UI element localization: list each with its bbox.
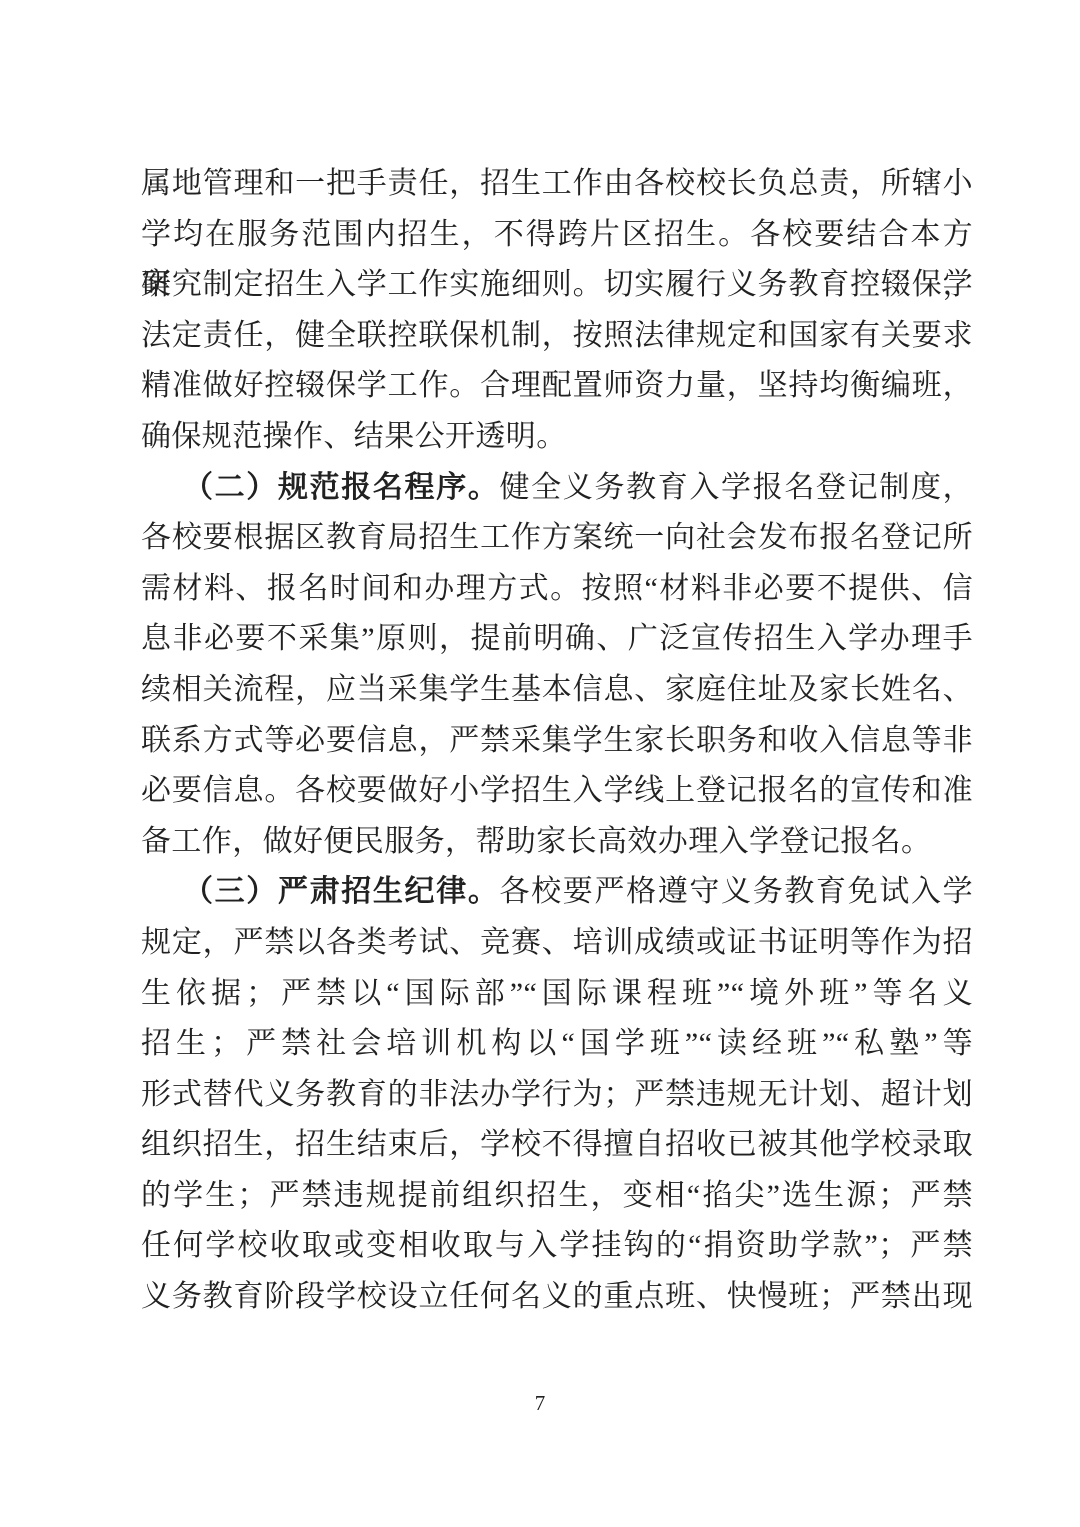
text-line: （三）严肃招生纪律。各校要严格遵守义务教育免试入学: [141, 867, 973, 918]
text-line: 招生；严禁社会培训机构以“国学班”“读经班”“私塾”等: [141, 1019, 973, 1070]
text-line: 精准做好控辍保学工作。合理配置师资力量，坚持均衡编班，: [141, 361, 973, 412]
text-line: 形式替代义务教育的非法办学行为；严禁违规无计划、超计划: [141, 1070, 973, 1121]
text-line: 的学生；严禁违规提前组织招生，变相“掐尖”选生源；严禁: [141, 1171, 973, 1222]
text-line: 息非必要不采集”原则，提前明确、广泛宣传招生入学办理手: [141, 614, 973, 665]
text-line: 联系方式等必要信息，严禁采集学生家长职务和收入信息等非: [141, 716, 973, 767]
text-line: 属地管理和一把手责任，招生工作由各校校长负总责，所辖小: [141, 159, 973, 210]
text-line: （二）规范报名程序。健全义务教育入学报名登记制度，: [141, 463, 973, 514]
text-line: 任何学校收取或变相收取与入学挂钩的“捐资助学款”；严禁: [141, 1221, 973, 1272]
text-line: 学均在服务范围内招生，不得跨片区招生。各校要结合本方案，: [141, 210, 973, 261]
text-line: 必要信息。各校要做好小学招生入学线上登记报名的宣传和准: [141, 766, 973, 817]
text-line: 义务教育阶段学校设立任何名义的重点班、快慢班；严禁出现: [141, 1272, 973, 1323]
paragraph: 属地管理和一把手责任，招生工作由各校校长负总责，所辖小学均在服务范围内招生，不得…: [141, 159, 973, 463]
text-line: 生依据；严禁以“国际部”“国际课程班”“境外班”等名义: [141, 969, 973, 1020]
text-line: 组织招生，招生结束后，学校不得擅自招收已被其他学校录取: [141, 1120, 973, 1171]
text-line: 需材料、报名时间和办理方式。按照“材料非必要不提供、信: [141, 564, 973, 615]
paragraph-heading: （三）严肃招生纪律。: [183, 875, 500, 908]
document-page: 属地管理和一把手责任，招生工作由各校校长负总责，所辖小学均在服务范围内招生，不得…: [0, 0, 1080, 1527]
text-line: 法定责任，健全联控联保机制，按照法律规定和国家有关要求: [141, 311, 973, 362]
text-line: 备工作，做好便民服务，帮助家长高效办理入学登记报名。: [141, 817, 973, 868]
paragraph-heading: （二）规范报名程序。: [183, 471, 500, 504]
text-line: 续相关流程，应当采集学生基本信息、家庭住址及家长姓名、: [141, 665, 973, 716]
text-line: 确保规范操作、结果公开透明。: [141, 412, 973, 463]
paragraph: （三）严肃招生纪律。各校要严格遵守义务教育免试入学规定，严禁以各类考试、竞赛、培…: [141, 867, 973, 1322]
text-line: 研究制定招生入学工作实施细则。切实履行义务教育控辍保学: [141, 260, 973, 311]
paragraph: （二）规范报名程序。健全义务教育入学报名登记制度，各校要根据区教育局招生工作方案…: [141, 463, 973, 868]
text-line: 规定，严禁以各类考试、竞赛、培训成绩或证书证明等作为招: [141, 918, 973, 969]
text-line: 各校要根据区教育局招生工作方案统一向社会发布报名登记所: [141, 513, 973, 564]
page-number: 7: [0, 1389, 1080, 1417]
document-body: 属地管理和一把手责任，招生工作由各校校长负总责，所辖小学均在服务范围内招生，不得…: [141, 159, 973, 1323]
